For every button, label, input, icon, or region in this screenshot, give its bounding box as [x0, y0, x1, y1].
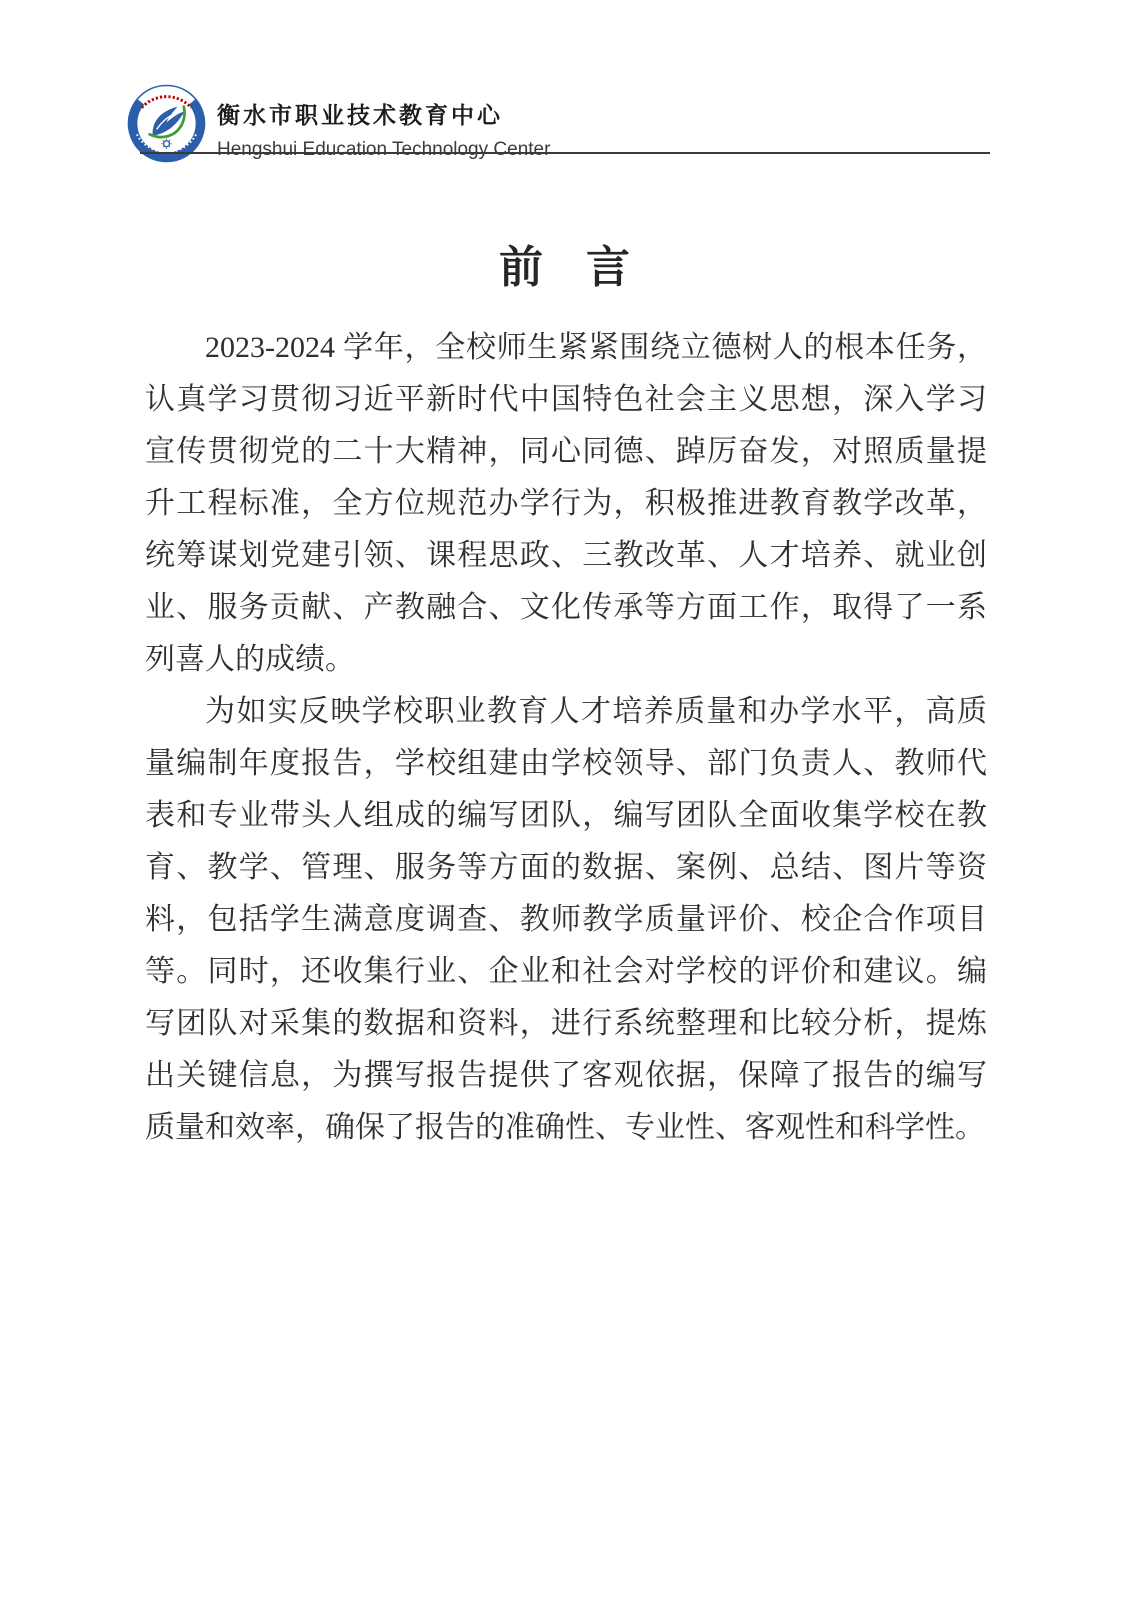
body-line: 宣传贯彻党的二十大精神，同心同德、踔厉奋发，对照质量提	[145, 426, 987, 478]
body-line: 料，包括学生满意度调查、教师教学质量评价、校企合作项目	[145, 894, 987, 946]
body-line: 表和专业带头人组成的编写团队，编写团队全面收集学校在教	[145, 790, 987, 842]
paragraph: 为如实反映学校职业教育人才培养质量和办学水平，高质量编制年度报告，学校组建由学校…	[145, 686, 987, 1154]
page-title: 前 言	[0, 231, 1131, 295]
body-line: 质量和效率，确保了报告的准确性、专业性、客观性和科学性。	[145, 1102, 987, 1154]
body-line: 2023-2024 学年，全校师生紧紧围绕立德树人的根本任务，	[145, 322, 987, 374]
document-body: 2023-2024 学年，全校师生紧紧围绕立德树人的根本任务，认真学习贯彻习近平…	[145, 322, 987, 1154]
body-line: 业、服务贡献、产教融合、文化传承等方面工作，取得了一系	[145, 582, 987, 634]
body-line: 认真学习贯彻习近平新时代中国特色社会主义思想，深入学习	[145, 374, 987, 426]
body-line: 写团队对采集的数据和资料，进行系统整理和比较分析，提炼	[145, 998, 987, 1050]
document-page: 衡水市职业技术教育中心 Hengshui Education Technolog…	[0, 0, 1131, 1600]
body-line: 量编制年度报告，学校组建由学校领导、部门负责人、教师代	[145, 738, 987, 790]
paragraph: 2023-2024 学年，全校师生紧紧围绕立德树人的根本任务，认真学习贯彻习近平…	[145, 322, 987, 686]
body-line: 升工程标准，全方位规范办学行为，积极推进教育教学改革，	[145, 478, 987, 530]
body-line: 出关键信息，为撰写报告提供了客观依据，保障了报告的编写	[145, 1050, 987, 1102]
body-line: 为如实反映学校职业教育人才培养质量和办学水平，高质	[145, 686, 987, 738]
body-line: 统筹谋划党建引领、课程思政、三教改革、人才培养、就业创	[145, 530, 987, 582]
body-line: 列喜人的成绩。	[145, 634, 987, 686]
body-line: 育、教学、管理、服务等方面的数据、案例、总结、图片等资	[145, 842, 987, 894]
org-name-zh: 衡水市职业技术教育中心	[217, 97, 550, 130]
org-name-en: Hengshui Education Technology Center	[217, 139, 550, 161]
header-divider	[140, 152, 990, 154]
body-line: 等。同时，还收集行业、企业和社会对学校的评价和建议。编	[145, 946, 987, 998]
